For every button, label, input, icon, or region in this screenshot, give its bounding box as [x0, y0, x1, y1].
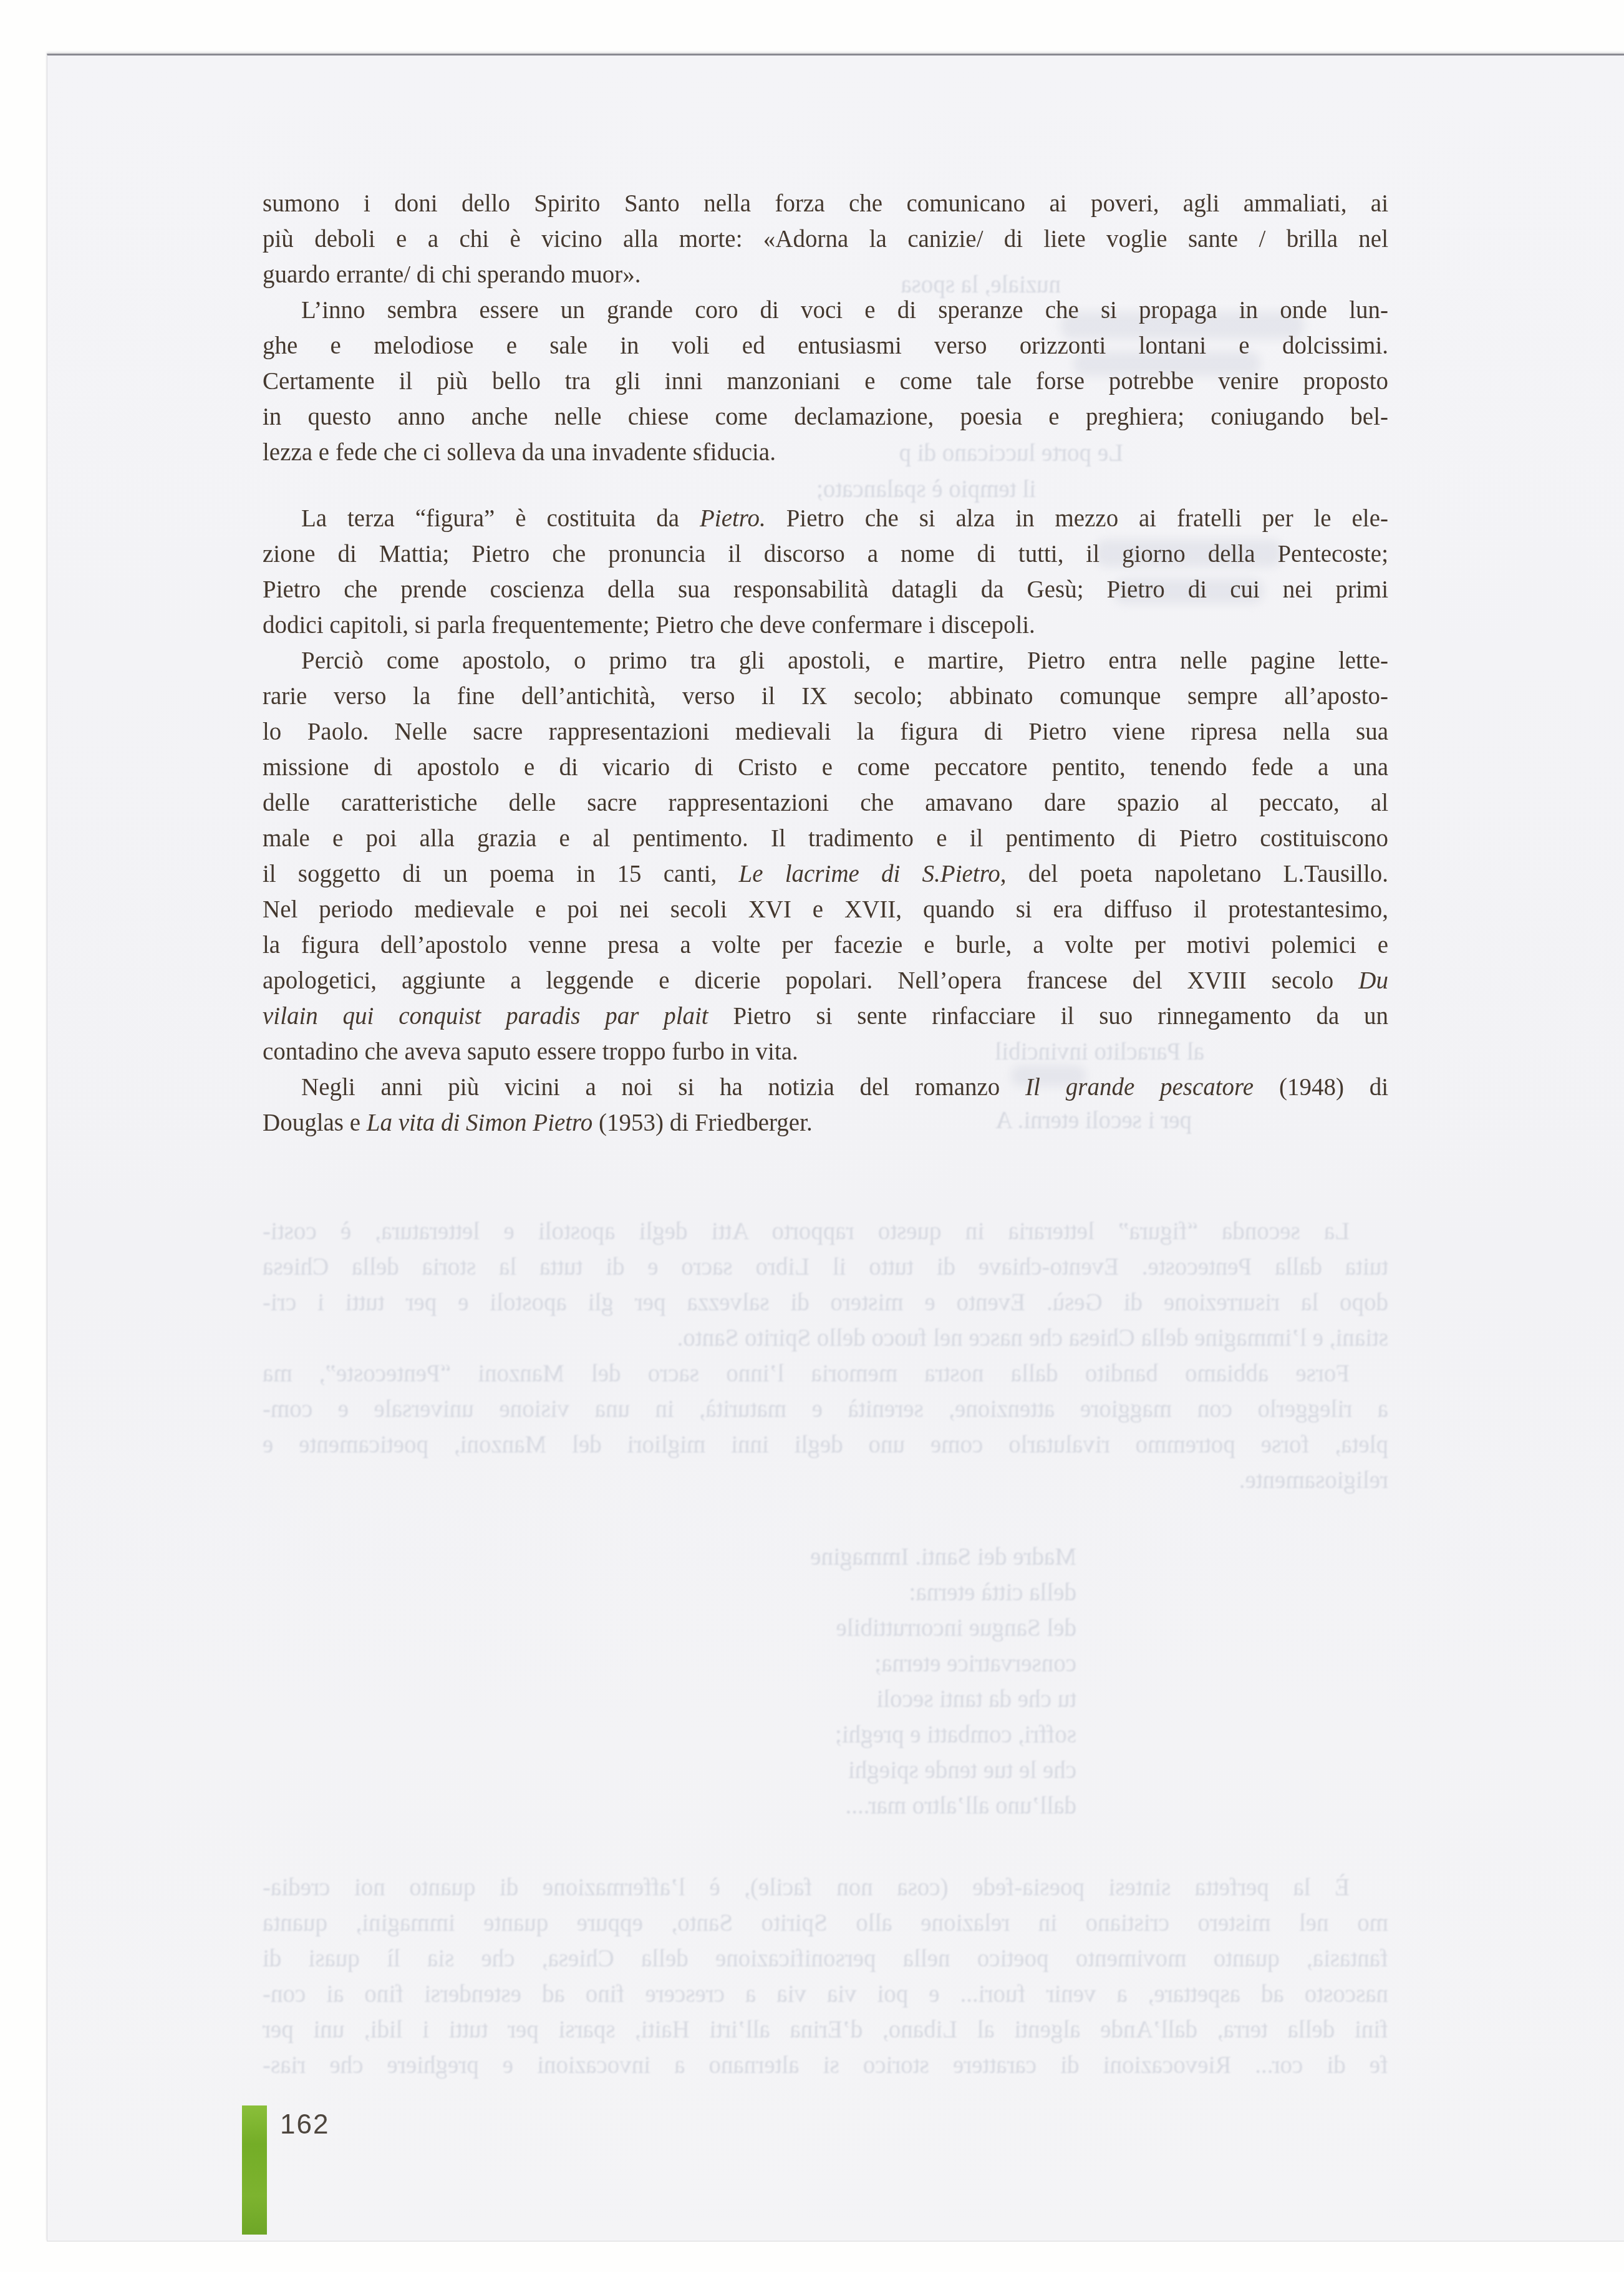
bleed-poem-line: tu che da tanti secoli: [810, 1681, 1076, 1717]
text-line: La seconda “figura” letteraria in questo…: [263, 1214, 1388, 1249]
text-line: nascosto ad aspettare, a venir fuori... …: [263, 1976, 1388, 2012]
bleed-paragraph-block: La seconda “figura” letteraria in questo…: [263, 1214, 1388, 1498]
page-marker-bar: [242, 2105, 267, 2235]
text-line: zione di Mattia; Pietro che pronuncia il…: [263, 536, 1388, 572]
text-line: a rileggerlo con maggiore attenzione, se…: [263, 1391, 1388, 1427]
text-line: ghe e melodiose e sale in voli ed entusi…: [263, 328, 1388, 364]
paragraph: sumono i doni dello Spirito Santo nella …: [263, 186, 1388, 292]
paragraph: L’inno sembra essere un grande coro di v…: [263, 292, 1388, 470]
text-line: mo nel mistero cristiano in relazione al…: [263, 1905, 1388, 1941]
paragraph: Negli anni più vicini a noi si ha notizi…: [263, 1070, 1388, 1141]
bleed-poem-line: conservatrice eterna;: [810, 1646, 1076, 1681]
paragraph: È la perfetta sintesi poesia-fede (cosa …: [263, 1870, 1388, 2083]
bleed-poem-line: della città eterna:: [810, 1575, 1076, 1610]
text-line: fe di cor... Rievocazioni di carattere s…: [263, 2047, 1388, 2083]
text-line: la figura dell’apostolo venne presa a vo…: [263, 927, 1388, 963]
text-line: vilain qui conquist paradis par plait Pi…: [263, 998, 1388, 1034]
text-line: lezza e fede che ci solleva da una invad…: [263, 435, 1388, 470]
scanned-page: La seconda “figura” letteraria in questo…: [47, 54, 1624, 2241]
text-line: L’inno sembra essere un grande coro di v…: [263, 292, 1388, 328]
text-line: rarie verso la fine dell’antichità, vers…: [263, 679, 1388, 714]
text-line: Pietro che prende coscienza della sua re…: [263, 572, 1388, 607]
bleed-paragraph-block: È la perfetta sintesi poesia-fede (cosa …: [263, 1870, 1388, 2083]
text-line: La terza “figura” è costituita da Pietro…: [263, 501, 1388, 536]
bleed-poem-line: del Sangue incorruttibile: [810, 1610, 1076, 1646]
bleed-poem-line: soffri, combatti e preghi;: [810, 1717, 1076, 1752]
text-line: religiosamente.: [263, 1462, 1388, 1498]
paragraph: La terza “figura” è costituita da Pietro…: [263, 501, 1388, 643]
text-line: dodici capitoli, si parla frequentemente…: [263, 607, 1388, 643]
text-line: Perciò come apostolo, o primo tra gli ap…: [263, 643, 1388, 679]
text-line: fantasia, quanto movimento poetico nella…: [263, 1941, 1388, 1976]
paragraph: Perciò come apostolo, o primo tra gli ap…: [263, 643, 1388, 1070]
text-line: Negli anni più vicini a noi si ha notizi…: [263, 1070, 1388, 1105]
text-line: fini della terra, dall’Ande algenti al L…: [263, 2012, 1388, 2047]
bleed-poem-block: Madre dei Santi. Immaginedella città ete…: [810, 1539, 1076, 1824]
text-line: il soggetto di un poema in 15 canti, Le …: [263, 856, 1388, 892]
scan-background: { "page": { "number": "162", "accent_gre…: [0, 0, 1624, 2272]
text-line: lo Paolo. Nelle sacre rappresentazioni m…: [263, 714, 1388, 750]
text-line: più deboli e a chi è vicino alla morte: …: [263, 221, 1388, 257]
text-line: guardo errante/ di chi sperando muor».: [263, 257, 1388, 292]
paragraph: La seconda “figura” letteraria in questo…: [263, 1214, 1388, 1356]
bleed-poem-line: Madre dei Santi. Immagine: [810, 1539, 1076, 1575]
text-line: sumono i doni dello Spirito Santo nella …: [263, 186, 1388, 221]
bleed-poem-line: che le tue tende spieghi: [810, 1752, 1076, 1788]
text-line: apologetici, aggiunte a leggende e dicer…: [263, 963, 1388, 998]
text-line: pleta, forse potremmo rivalutarlo come u…: [263, 1427, 1388, 1462]
text-line: Nel periodo medievale e poi nei secoli X…: [263, 892, 1388, 927]
text-line: stiani, e l’immagine della Chiesa che na…: [263, 1320, 1388, 1356]
text-line: in questo anno anche nelle chiese come d…: [263, 399, 1388, 435]
text-line: missione di apostolo e di vicario di Cri…: [263, 750, 1388, 785]
text-line: contadino che aveva saputo essere troppo…: [263, 1034, 1388, 1070]
text-line: delle caratteristiche delle sacre rappre…: [263, 785, 1388, 821]
paragraph: Forse abbiamo bandito dalla nostra memor…: [263, 1356, 1388, 1498]
text-line: Forse abbiamo bandito dalla nostra memor…: [263, 1356, 1388, 1391]
bleed-poem-line: dall’uno all’altro mar....: [810, 1788, 1076, 1824]
text-line: male e poi alla grazia e al pentimento. …: [263, 821, 1388, 856]
text-line: Certamente il più bello tra gli inni man…: [263, 364, 1388, 399]
text-line: Douglas e La vita di Simon Pietro (1953)…: [263, 1105, 1388, 1141]
text-line: dopo la risurrezione di Gesù. Evento e m…: [263, 1285, 1388, 1320]
text-line: tuita dalla Pentecoste. Evento-chiave di…: [263, 1249, 1388, 1285]
text-line: È la perfetta sintesi poesia-fede (cosa …: [263, 1870, 1388, 1905]
body-text: sumono i doni dello Spirito Santo nella …: [263, 186, 1388, 1141]
page-number: 162: [280, 2109, 329, 2140]
